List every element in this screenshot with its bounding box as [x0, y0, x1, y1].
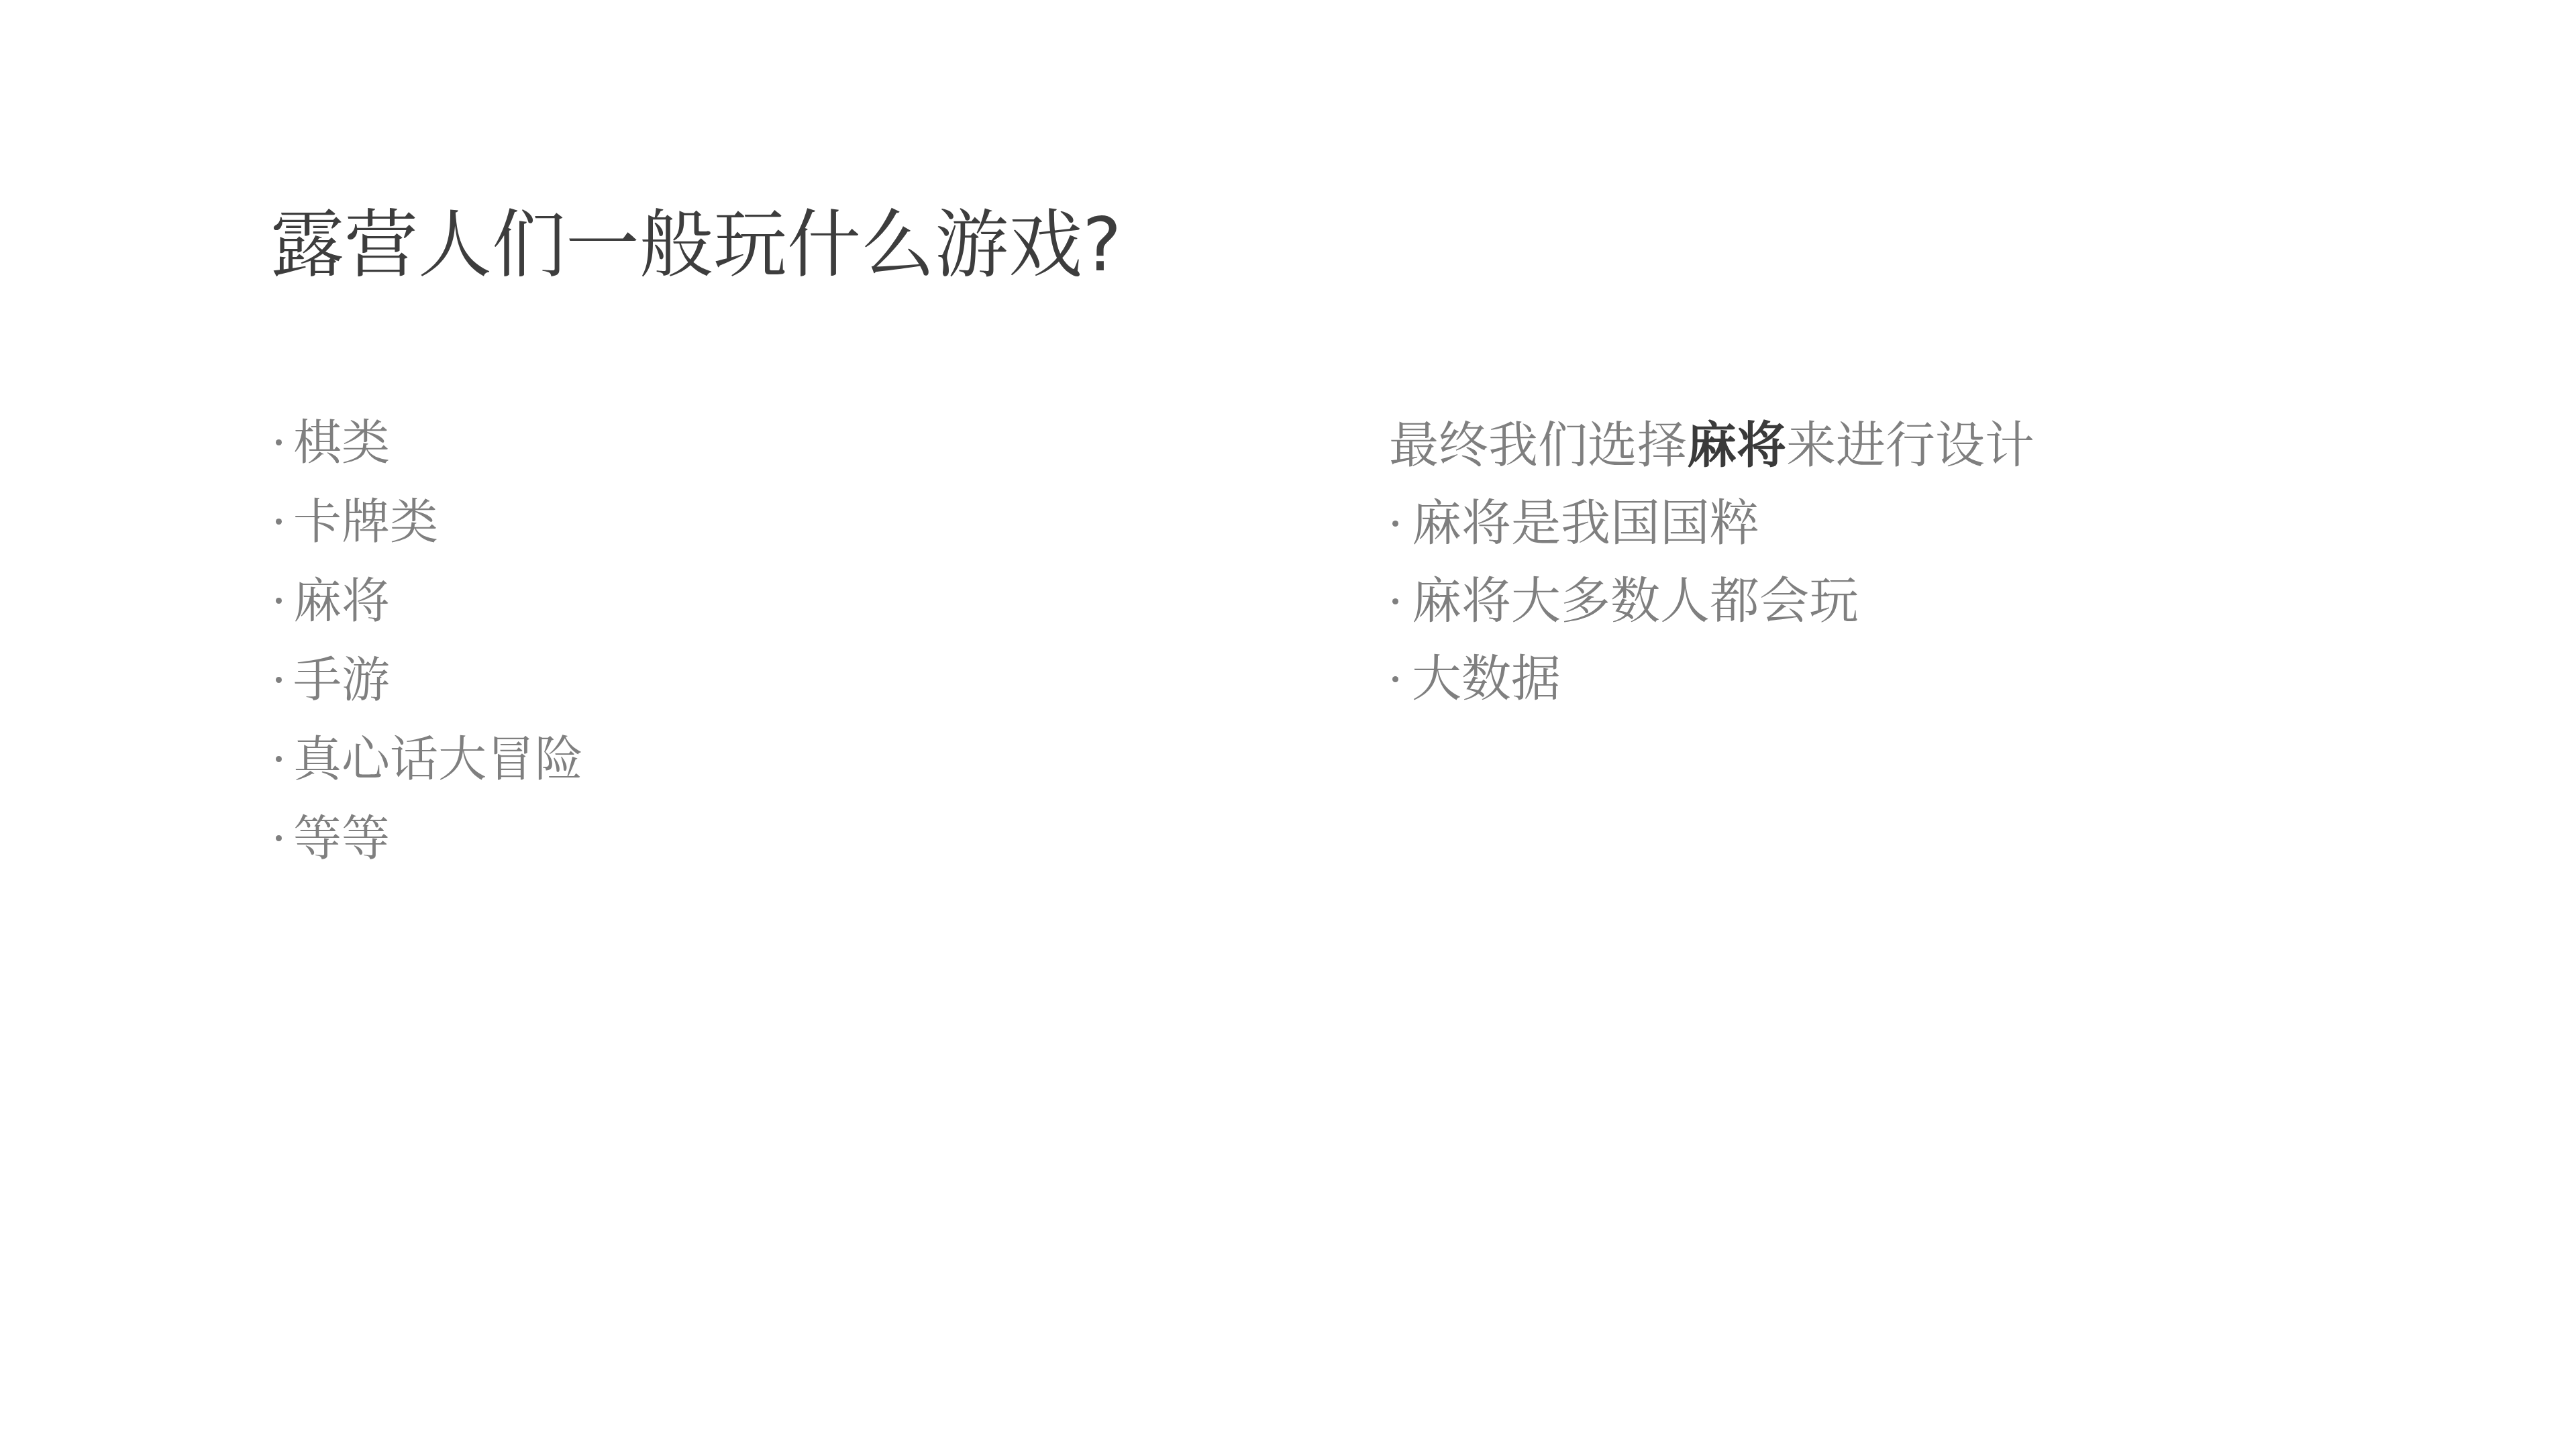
list-item: 卡牌类: [272, 482, 583, 561]
bullet-dot-icon: [276, 598, 282, 604]
list-item: 麻将大多数人都会玩: [1389, 568, 2034, 645]
slide: 露营人们一般玩什么游戏? 棋类 卡牌类 麻将 手游 真心话大冒险 等等 最终我们…: [0, 0, 2576, 1449]
list-item-label: 麻将大多数人都会玩: [1412, 568, 1859, 635]
list-item-label: 卡牌类: [293, 488, 438, 555]
decision-section: 最终我们选择麻将来进行设计 麻将是我国国粹 麻将大多数人都会玩 大数据: [1389, 412, 2034, 723]
decision-heading: 最终我们选择麻将来进行设计: [1389, 412, 2034, 490]
list-item: 麻将: [272, 561, 583, 640]
list-item-label: 等等: [293, 804, 390, 871]
list-item: 真心话大冒险: [272, 719, 583, 798]
game-types-list: 棋类 卡牌类 麻将 手游 真心话大冒险 等等: [272, 402, 583, 877]
list-item-label: 大数据: [1412, 645, 1561, 712]
list-item: 手游: [272, 640, 583, 719]
list-item: 等等: [272, 798, 583, 877]
decision-heading-prefix: 最终我们选择: [1389, 417, 1687, 474]
decision-heading-suffix: 来进行设计: [1786, 417, 2034, 474]
bullet-dot-icon: [1392, 598, 1398, 604]
list-item-label: 棋类: [293, 409, 390, 476]
bullet-dot-icon: [276, 835, 282, 841]
decision-heading-emphasis: 麻将: [1687, 417, 1786, 474]
list-item: 棋类: [272, 402, 583, 482]
bullet-dot-icon: [276, 439, 282, 445]
list-item-label: 麻将是我国国粹: [1412, 490, 1759, 557]
reasons-list: 麻将是我国国粹 麻将大多数人都会玩 大数据: [1389, 490, 2034, 723]
bullet-dot-icon: [1392, 676, 1398, 682]
bullet-dot-icon: [276, 756, 282, 762]
list-item-label: 真心话大冒险: [293, 725, 583, 792]
list-item-label: 麻将: [293, 567, 390, 634]
list-item-label: 手游: [293, 646, 390, 713]
bullet-dot-icon: [276, 677, 282, 683]
slide-title: 露营人们一般玩什么游戏?: [270, 201, 1121, 288]
list-item: 大数据: [1389, 645, 2034, 723]
bullet-dot-icon: [276, 519, 282, 525]
list-item: 麻将是我国国粹: [1389, 490, 2034, 568]
bullet-dot-icon: [1392, 521, 1398, 527]
